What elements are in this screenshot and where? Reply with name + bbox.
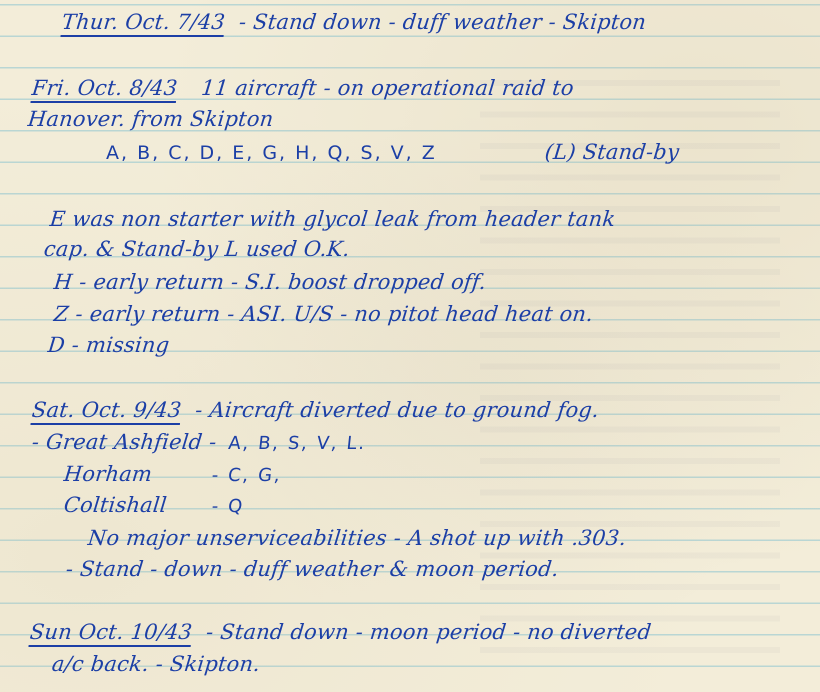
entry-date: Sat. Oct. 9/43 — [31, 398, 183, 422]
entry-line: H - early return - S.I. boost dropped of… — [53, 270, 488, 294]
entry-sat-oct-9: Sat. Oct. 9/43- Aircraft diverted due to… — [31, 398, 601, 422]
entry-line: cap. & Stand-by L used O.K. — [43, 237, 351, 261]
diversion-coltishall: Coltishall- Q — [63, 493, 246, 517]
diversion-great-ashfield: - Great Ashfield -A, B, S, V, L. — [31, 430, 368, 454]
entry-text: - Aircraft diverted due to ground fog. — [194, 398, 600, 422]
diary-page: Thur. Oct. 7/43- Stand down - duff weath… — [0, 0, 820, 692]
entry-line: D - missing — [47, 333, 171, 357]
diversion-horham: Horham- C, G, — [63, 462, 283, 486]
entry-text: - Stand down - duff weather - Skipton — [238, 10, 648, 34]
entry-line: - Stand - down - duff weather & moon per… — [65, 557, 560, 581]
entry-date: Thur. Oct. 7/43 — [61, 10, 227, 34]
entry-line: a/c back. - Skipton. — [51, 652, 262, 676]
entry-line: Hanover. from Skipton — [27, 107, 275, 131]
entry-text: - Stand down - moon period - no diverted — [205, 620, 653, 644]
entry-text: 11 aircraft - on operational raid to — [200, 76, 575, 100]
entry-fri-oct-8: Fri. Oct. 8/4311 aircraft - on operation… — [31, 76, 575, 100]
standby-note: (L) Stand-by — [544, 140, 681, 164]
aircraft-list: A, B, C, D, E, G, H, Q, S, V, Z — [106, 142, 437, 164]
entry-date: Fri. Oct. 8/43 — [31, 76, 179, 100]
entry-sun-oct-10: Sun Oct. 10/43- Stand down - moon period… — [29, 620, 653, 644]
entry-line: E was non starter with glycol leak from … — [49, 207, 617, 231]
entry-thu-oct-7: Thur. Oct. 7/43- Stand down - duff weath… — [61, 10, 648, 34]
entry-line: Z - early return - ASI. U/S - no pitot h… — [53, 302, 595, 326]
entry-line: No major unserviceabilities - A shot up … — [87, 526, 628, 550]
entry-date: Sun Oct. 10/43 — [29, 620, 194, 644]
